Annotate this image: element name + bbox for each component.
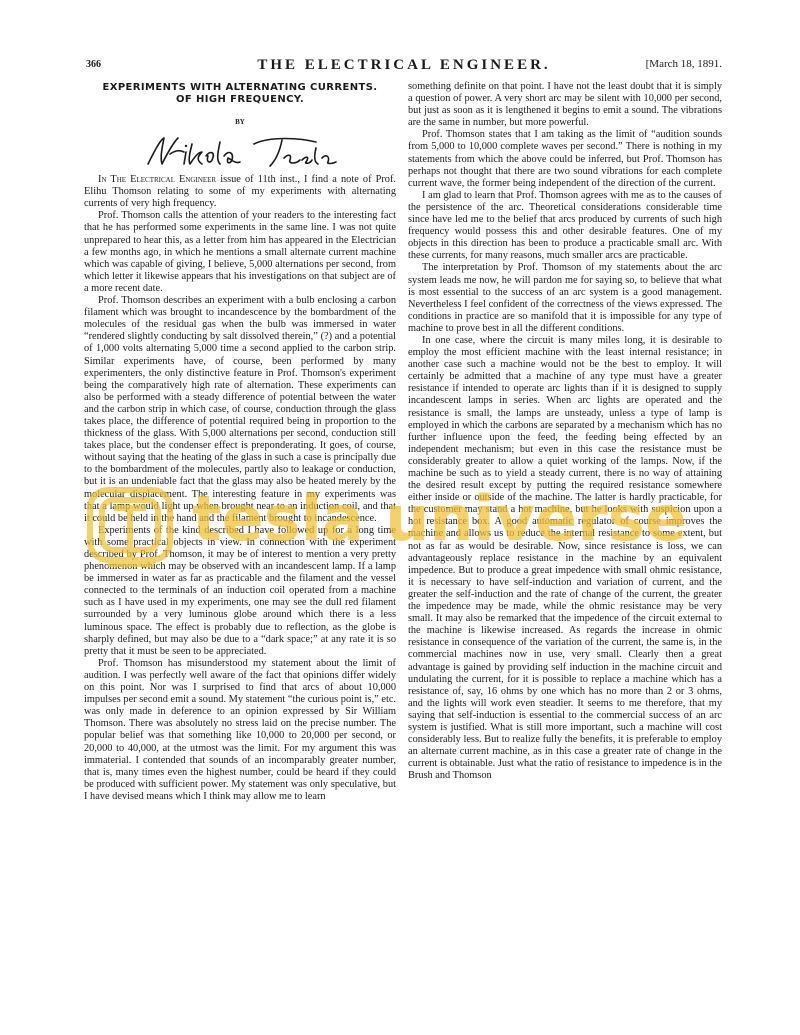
paragraph: I am glad to learn that Prof. Thomson ag… [408,190,722,263]
paragraph: Prof. Thomson has misunderstood my state… [84,658,396,803]
right-column: something definite on that point. I have… [408,81,722,782]
paragraph: Prof. Thomson states that I am taking as… [408,129,722,189]
article-title-line2: OF HIGH FREQUENCY. [176,94,304,105]
intro-smallcaps: In The Electrical Engineer [98,174,216,185]
paragraph: Experiments of the kind described I have… [84,525,396,658]
scanned-page: 366 THE ELECTRICAL ENGINEER. [March 18, … [0,0,800,1035]
author-signature [84,130,396,174]
signature-icon [140,130,340,174]
journal-title: THE ELECTRICAL ENGINEER. [86,57,722,74]
left-column: EXPERIMENTS WITH ALTERNATING CURRENTS. O… [84,82,396,803]
paragraph: In one case, where the circuit is many m… [408,335,722,782]
running-header: 366 THE ELECTRICAL ENGINEER. [March 18, … [86,57,722,77]
paragraph: Prof. Thomson describes an experiment wi… [84,295,396,525]
issue-date: [March 18, 1891. [646,58,722,70]
article-title: EXPERIMENTS WITH ALTERNATING CURRENTS. O… [84,82,396,106]
article-title-line1: EXPERIMENTS WITH ALTERNATING CURRENTS. [102,82,377,93]
byline-by: BY [84,116,396,128]
paragraph: Prof. Thomson calls the attention of you… [84,210,396,295]
paragraph-continued: something definite on that point. I have… [408,81,722,129]
paragraph: The interpretation by Prof. Thomson of m… [408,262,722,335]
paragraph-intro: In The Electrical Engineer issue of 11th… [84,174,396,210]
